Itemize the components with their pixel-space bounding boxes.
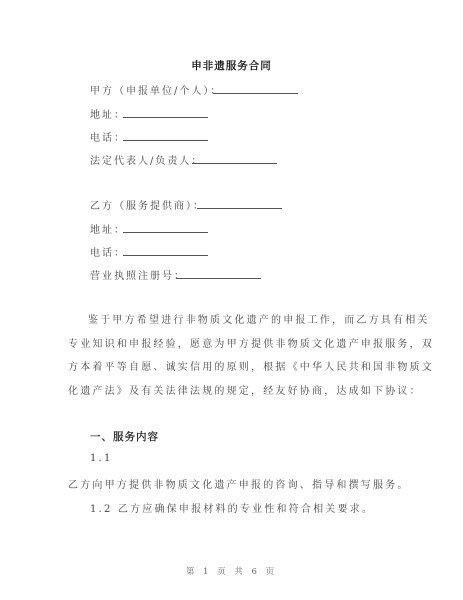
party-b-address-blank[interactable] (123, 232, 208, 233)
party-a-representative-blank[interactable] (192, 163, 277, 164)
party-a-phone-label: 电话： (90, 129, 126, 144)
party-b-label: 乙方（服务提供商）： (90, 197, 205, 212)
party-b-blank[interactable] (197, 208, 282, 209)
party-b-license-blank[interactable] (176, 278, 261, 279)
preamble-line-2: 专业知识和申报经验，愿意为甲方提供非物质文化遗产申报服务，双 (68, 335, 434, 350)
party-b-phone-label: 电话： (90, 244, 126, 259)
item-1-2-text: 1.2 乙方应确保申报材料的专业性和符合相关要求。 (90, 500, 374, 515)
party-a-label: 甲方（申报单位/个人）： (90, 82, 222, 97)
preamble-line-1: 鉴于甲方希望进行非物质文化遗产的申报工作，而乙方具有相关 (88, 311, 430, 326)
party-b-license-label: 营业执照注册号： (90, 267, 186, 282)
party-a-blank[interactable] (213, 93, 298, 94)
party-a-address-label: 地址： (90, 106, 126, 121)
party-a-address-blank[interactable] (123, 117, 208, 118)
item-1-1-text: 乙方向甲方提供非物质文化遗产申报的咨询、指导和撰写服务。 (68, 476, 410, 491)
document-title: 申非遗服务合同 (0, 58, 463, 73)
preamble-line-3: 方本着平等自愿、诚实信用的原则，根据《中华人民共和国非物质文 (68, 358, 434, 373)
party-a-phone-blank[interactable] (123, 140, 208, 141)
party-b-phone-blank[interactable] (123, 255, 208, 256)
party-a-representative-label: 法定代表人/负责人： (90, 152, 203, 167)
section-1-heading: 一、服务内容 (90, 429, 159, 444)
preamble-line-4: 化遗产法》及有关法律法规的规定，经友好协商，达成如下协议： (68, 382, 422, 397)
party-b-address-label: 地址： (90, 221, 126, 236)
item-1-1-number: 1.1 (90, 453, 113, 464)
page-footer: 第 1 页 共 6 页 (0, 565, 463, 577)
